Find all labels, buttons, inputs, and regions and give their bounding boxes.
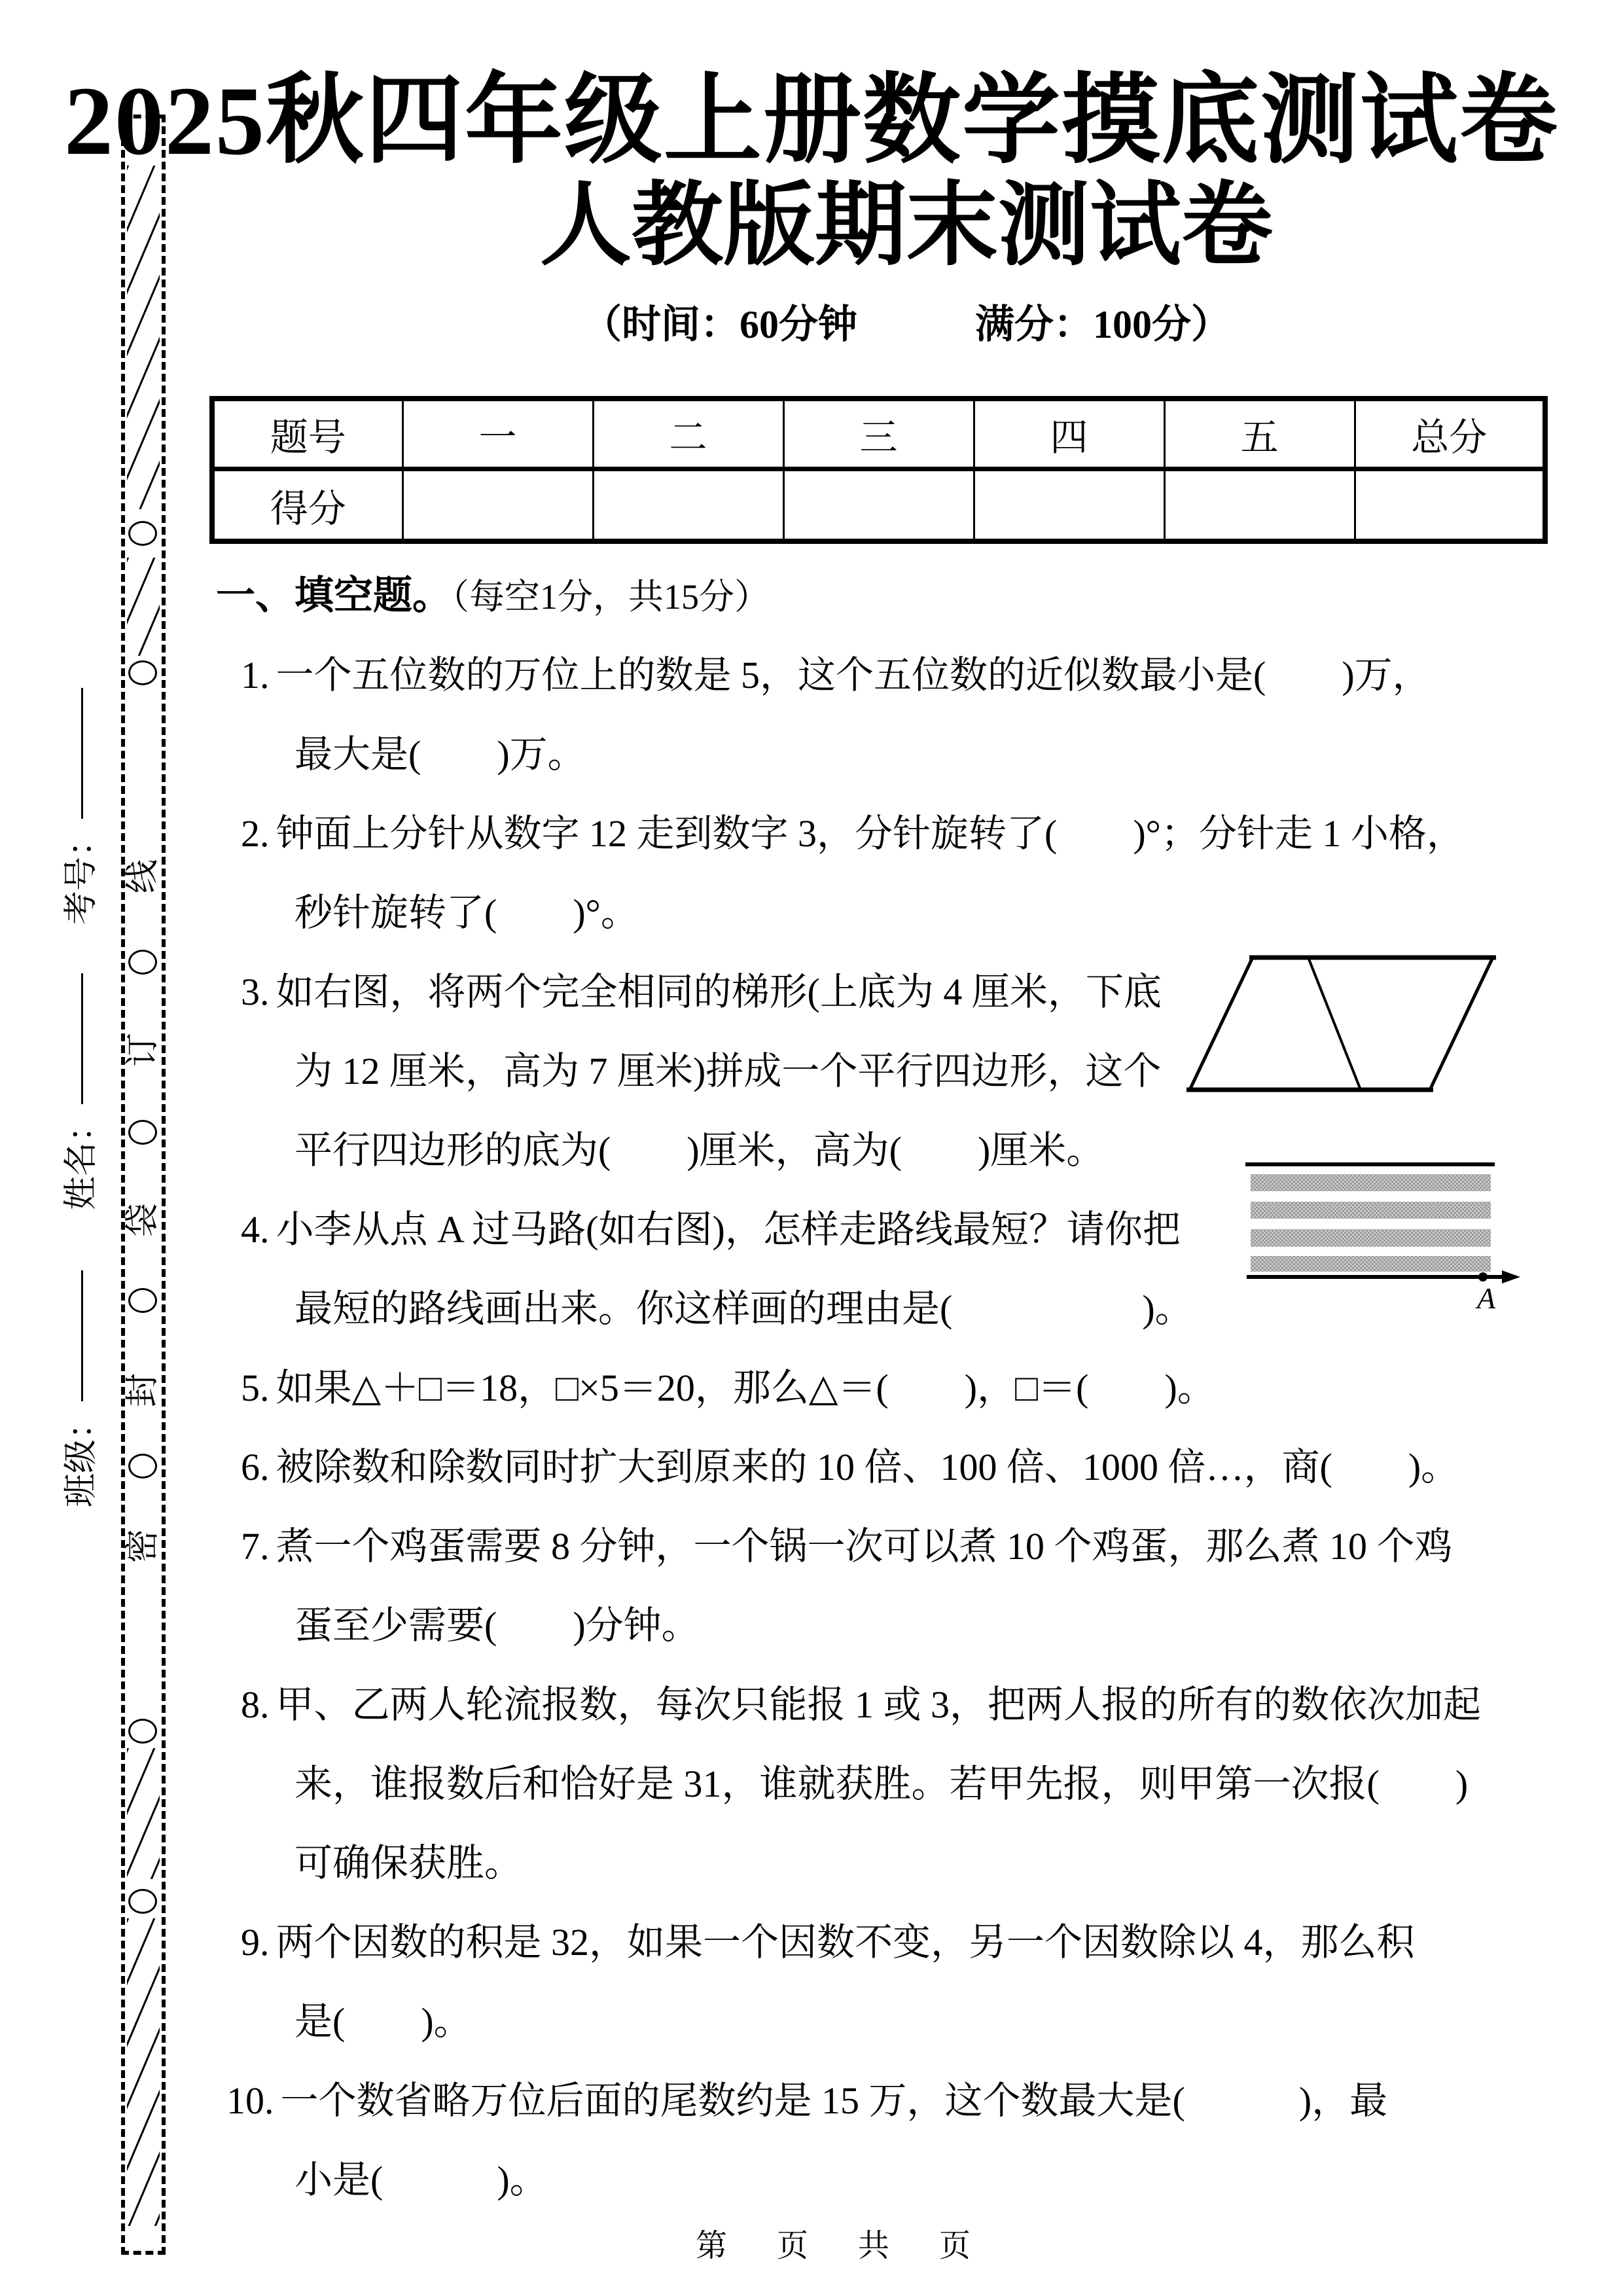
section-heading-note: （每空1分，共15分） bbox=[452, 577, 770, 617]
hatch-lines bbox=[127, 558, 160, 656]
question-1-line-1: 1.一个五位数的万位上的数是 5，这个五位数的近似数最小是( )万， bbox=[216, 636, 1603, 715]
class-blank[interactable] bbox=[81, 1270, 83, 1401]
road-crossing-figure: A bbox=[1240, 1155, 1522, 1312]
seal-char-dai: 袋 bbox=[125, 1202, 162, 1238]
page-footer: 第 页 共 页 bbox=[0, 2220, 1623, 2265]
header-part-3: 三 bbox=[783, 399, 974, 469]
question-6-line-1: 6.被除数和除数同时扩大到原来的 10 倍、100 倍、1000 倍…，商( )… bbox=[216, 1427, 1603, 1507]
road-stripe bbox=[1251, 1202, 1491, 1219]
score-cell[interactable] bbox=[593, 469, 783, 542]
seal-char-mi: 密 bbox=[125, 1528, 162, 1564]
question-9-line-2: 是( )。 bbox=[216, 1982, 1603, 2061]
score-cell[interactable] bbox=[974, 469, 1164, 542]
seal-circle bbox=[128, 950, 157, 975]
score-cell[interactable] bbox=[1164, 469, 1355, 542]
seal-char-feng: 封 bbox=[125, 1372, 162, 1408]
score-cell[interactable] bbox=[783, 469, 974, 542]
point-a-dot bbox=[1478, 1272, 1488, 1282]
seal-circle bbox=[128, 1288, 157, 1313]
hatch-lines bbox=[127, 166, 160, 509]
student-name-label: 姓名： bbox=[63, 1108, 100, 1210]
question-8-line-3: 可确保获胜。 bbox=[216, 1823, 1603, 1903]
exam-number-field[interactable]: 考号： bbox=[62, 685, 101, 927]
road-stripe bbox=[1251, 1229, 1491, 1247]
class-field[interactable]: 班级： bbox=[62, 1268, 101, 1510]
exam-number-label: 考号： bbox=[63, 823, 100, 925]
question-1-line-2: 最大是( )万。 bbox=[216, 715, 1603, 794]
score-table: 题号 一 二 三 四 五 总分 得分 bbox=[209, 396, 1548, 544]
question-8-line-2: 来，谁报数后和恰好是 31，谁就获胜。若甲先报，则甲第一次报( ) bbox=[216, 1744, 1603, 1823]
seal-binding-strip: 线 订 袋 封 密 bbox=[121, 115, 166, 2255]
paper-subtitle: 人教版期末测试卷 bbox=[216, 152, 1597, 283]
question-8-line-1: 8.甲、乙两人轮流报数，每次只能报 1 或 3，把两人报的所有的数依次加起 bbox=[216, 1665, 1603, 1744]
question-10-line-2: 小是( )。 bbox=[216, 2140, 1603, 2219]
road-stripe bbox=[1251, 1174, 1491, 1191]
hatch-lines bbox=[127, 1748, 160, 1879]
road-stripe bbox=[1251, 1256, 1491, 1272]
fill-in-blanks-section: 一、填空题。（每空1分，共15分） 1.一个五位数的万位上的数是 5，这个五位数… bbox=[216, 556, 1603, 2219]
seal-circle bbox=[128, 1454, 157, 1479]
score-table-score-row: 得分 bbox=[212, 469, 1545, 542]
seal-char-xian: 线 bbox=[125, 858, 162, 895]
question-9-line-1: 9.两个因数的积是 32，如果一个因数不变，另一个因数除以 4，那么积 bbox=[216, 1903, 1603, 1982]
hatch-lines bbox=[127, 1918, 160, 2226]
header-part-5: 五 bbox=[1164, 399, 1355, 469]
arrow-head bbox=[1502, 1270, 1520, 1283]
question-10-line-1: 10.一个数省略万位后面的尾数约是 15 万，这个数最大是( )，最 bbox=[216, 2061, 1603, 2140]
seal-circle bbox=[128, 1719, 157, 1744]
section-heading: 一、填空题。（每空1分，共15分） bbox=[216, 556, 1603, 636]
student-name-field[interactable]: 姓名： bbox=[62, 971, 101, 1213]
score-cell[interactable] bbox=[402, 469, 593, 542]
exam-number-blank[interactable] bbox=[81, 688, 83, 819]
seal-circle bbox=[128, 660, 157, 685]
student-name-blank[interactable] bbox=[81, 973, 83, 1104]
parallelogram-figure bbox=[1186, 951, 1498, 1095]
header-total: 总分 bbox=[1355, 399, 1545, 469]
header-question-number: 题号 bbox=[212, 399, 402, 469]
class-label: 班级： bbox=[63, 1405, 100, 1507]
section-heading-text: 一、填空题。 bbox=[216, 574, 452, 617]
point-a-label: A bbox=[1475, 1282, 1496, 1312]
score-row-label: 得分 bbox=[212, 469, 402, 542]
score-table-header-row: 题号 一 二 三 四 五 总分 bbox=[212, 399, 1545, 469]
header-part-4: 四 bbox=[974, 399, 1164, 469]
question-2-line-1: 2.钟面上分针从数字 12 走到数字 3，分针旋转了( )°；分针走 1 小格， bbox=[216, 794, 1603, 873]
header-part-1: 一 bbox=[402, 399, 593, 469]
seal-circle bbox=[128, 1889, 157, 1914]
score-cell[interactable] bbox=[1355, 469, 1545, 542]
seal-circle bbox=[128, 521, 157, 546]
question-5-line-1: 5.如果△＋□＝18，□×5＝20，那么△＝( )，□＝( )。 bbox=[216, 1348, 1603, 1427]
question-7-line-2: 蛋至少需要( )分钟。 bbox=[216, 1586, 1603, 1665]
header-part-2: 二 bbox=[593, 399, 783, 469]
time-and-score-info: （时间：60分钟 满分：100分） bbox=[216, 293, 1597, 350]
seal-circle bbox=[128, 1120, 157, 1145]
seal-char-ding: 订 bbox=[125, 1031, 162, 1068]
question-7-line-1: 7.煮一个鸡蛋需要 8 分钟，一个锅一次可以煮 10 个鸡蛋，那么煮 10 个鸡 bbox=[216, 1507, 1603, 1586]
exam-paper-page: { "page": { "title": "2025秋四年级上册数学摸底测试卷"… bbox=[0, 0, 1623, 2296]
question-2-line-2: 秒针旋转了( )°。 bbox=[216, 873, 1603, 952]
